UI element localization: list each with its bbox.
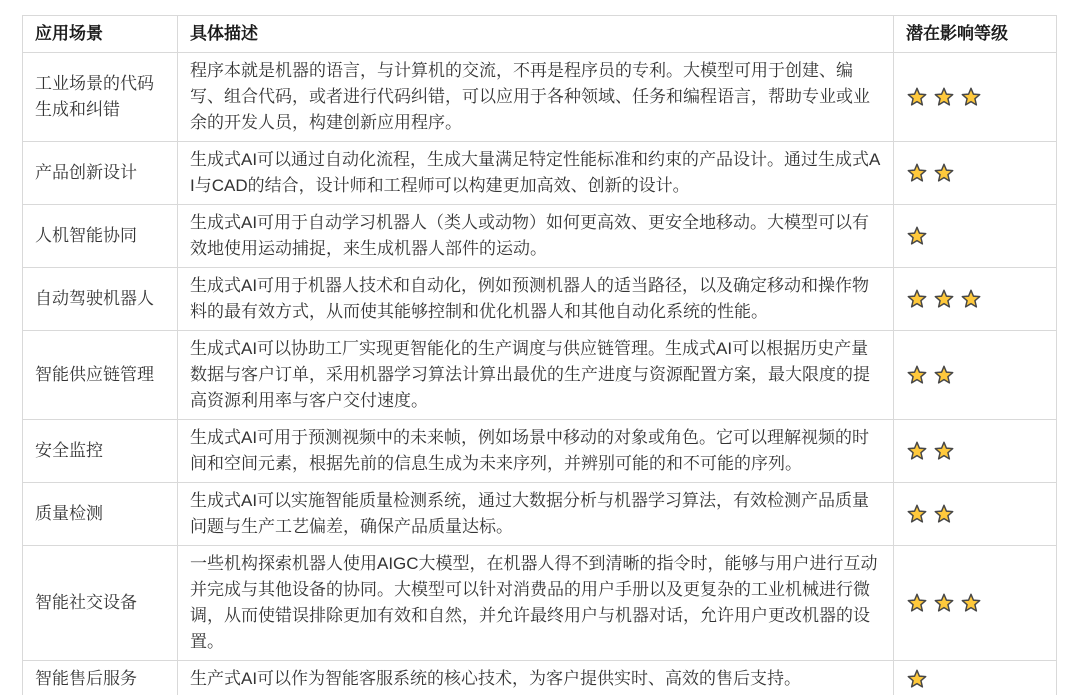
- star-rating: [906, 86, 1044, 108]
- star-icon: [933, 364, 955, 386]
- impact-cell: [894, 420, 1057, 483]
- star-icon: [906, 592, 928, 614]
- impact-cell: [894, 546, 1057, 661]
- scenario-cell: 智能供应链管理: [23, 331, 178, 420]
- star-rating: [906, 668, 1044, 690]
- star-icon: [906, 288, 928, 310]
- star-icon: [906, 503, 928, 525]
- scenario-cell: 人机智能协同: [23, 205, 178, 268]
- column-header-description: 具体描述: [178, 16, 894, 53]
- star-icon: [933, 440, 955, 462]
- star-icon: [933, 288, 955, 310]
- table-row: 人机智能协同生成式AI可用于自动学习机器人（类人或动物）如何更高效、更安全地移动…: [23, 205, 1057, 268]
- scenario-cell: 产品创新设计: [23, 142, 178, 205]
- column-header-scenario: 应用场景: [23, 16, 178, 53]
- star-icon: [906, 364, 928, 386]
- table-row: 安全监控生成式AI可用于预测视频中的未来帧，例如场景中移动的对象或角色。它可以理…: [23, 420, 1057, 483]
- star-icon: [906, 162, 928, 184]
- table-header: 应用场景 具体描述 潜在影响等级: [23, 16, 1057, 53]
- description-cell: 生成式AI可用于机器人技术和自动化，例如预测机器人的适当路径，以及确定移动和操作…: [178, 268, 894, 331]
- star-icon: [933, 86, 955, 108]
- table-row: 自动驾驶机器人生成式AI可用于机器人技术和自动化，例如预测机器人的适当路径，以及…: [23, 268, 1057, 331]
- star-rating: [906, 225, 1044, 247]
- description-cell: 生产式AI可以作为智能客服系统的核心技术，为客户提供实时、高效的售后支持。: [178, 661, 894, 695]
- impact-cell: [894, 205, 1057, 268]
- impact-table-container: 应用场景 具体描述 潜在影响等级 工业场景的代码生成和纠错程序本就是机器的语言，…: [22, 15, 1056, 695]
- star-icon: [906, 440, 928, 462]
- star-icon: [933, 162, 955, 184]
- description-cell: 程序本就是机器的语言，与计算机的交流，不再是程序员的专利。大模型可用于创建、编写…: [178, 53, 894, 142]
- description-cell: 生成式AI可用于自动学习机器人（类人或动物）如何更高效、更安全地移动。大模型可以…: [178, 205, 894, 268]
- description-cell: 生成式AI可以实施智能质量检测系统，通过大数据分析与机器学习算法，有效检测产品质…: [178, 483, 894, 546]
- scenario-cell: 智能社交设备: [23, 546, 178, 661]
- star-icon: [906, 668, 928, 690]
- table-body: 工业场景的代码生成和纠错程序本就是机器的语言，与计算机的交流，不再是程序员的专利…: [23, 53, 1057, 695]
- scenario-cell: 安全监控: [23, 420, 178, 483]
- star-icon: [960, 288, 982, 310]
- scenario-cell: 工业场景的代码生成和纠错: [23, 53, 178, 142]
- description-cell: 生成式AI可以协助工厂实现更智能化的生产调度与供应链管理。生成式AI可以根据历史…: [178, 331, 894, 420]
- star-icon: [960, 86, 982, 108]
- impact-cell: [894, 142, 1057, 205]
- impact-cell: [894, 53, 1057, 142]
- impact-cell: [894, 661, 1057, 695]
- table-row: 工业场景的代码生成和纠错程序本就是机器的语言，与计算机的交流，不再是程序员的专利…: [23, 53, 1057, 142]
- description-cell: 生成式AI可以通过自动化流程，生成大量满足特定性能标准和约束的产品设计。通过生成…: [178, 142, 894, 205]
- scenario-cell: 智能售后服务: [23, 661, 178, 695]
- table-row: 智能社交设备一些机构探索机器人使用AIGC大模型，在机器人得不到清晰的指令时，能…: [23, 546, 1057, 661]
- table-row: 智能供应链管理生成式AI可以协助工厂实现更智能化的生产调度与供应链管理。生成式A…: [23, 331, 1057, 420]
- star-rating: [906, 288, 1044, 310]
- star-icon: [906, 225, 928, 247]
- star-rating: [906, 503, 1044, 525]
- description-cell: 一些机构探索机器人使用AIGC大模型，在机器人得不到清晰的指令时，能够与用户进行…: [178, 546, 894, 661]
- table-row: 质量检测生成式AI可以实施智能质量检测系统，通过大数据分析与机器学习算法，有效检…: [23, 483, 1057, 546]
- star-icon: [933, 592, 955, 614]
- star-rating: [906, 364, 1044, 386]
- star-icon: [960, 592, 982, 614]
- impact-cell: [894, 483, 1057, 546]
- star-icon: [933, 503, 955, 525]
- star-rating: [906, 440, 1044, 462]
- scenario-cell: 质量检测: [23, 483, 178, 546]
- description-cell: 生成式AI可用于预测视频中的未来帧，例如场景中移动的对象或角色。它可以理解视频的…: [178, 420, 894, 483]
- impact-cell: [894, 331, 1057, 420]
- table-row: 智能售后服务生产式AI可以作为智能客服系统的核心技术，为客户提供实时、高效的售后…: [23, 661, 1057, 695]
- header-row: 应用场景 具体描述 潜在影响等级: [23, 16, 1057, 53]
- star-rating: [906, 592, 1044, 614]
- impact-table: 应用场景 具体描述 潜在影响等级 工业场景的代码生成和纠错程序本就是机器的语言，…: [22, 15, 1057, 695]
- column-header-impact: 潜在影响等级: [894, 16, 1057, 53]
- star-icon: [906, 86, 928, 108]
- star-rating: [906, 162, 1044, 184]
- table-row: 产品创新设计生成式AI可以通过自动化流程，生成大量满足特定性能标准和约束的产品设…: [23, 142, 1057, 205]
- scenario-cell: 自动驾驶机器人: [23, 268, 178, 331]
- impact-cell: [894, 268, 1057, 331]
